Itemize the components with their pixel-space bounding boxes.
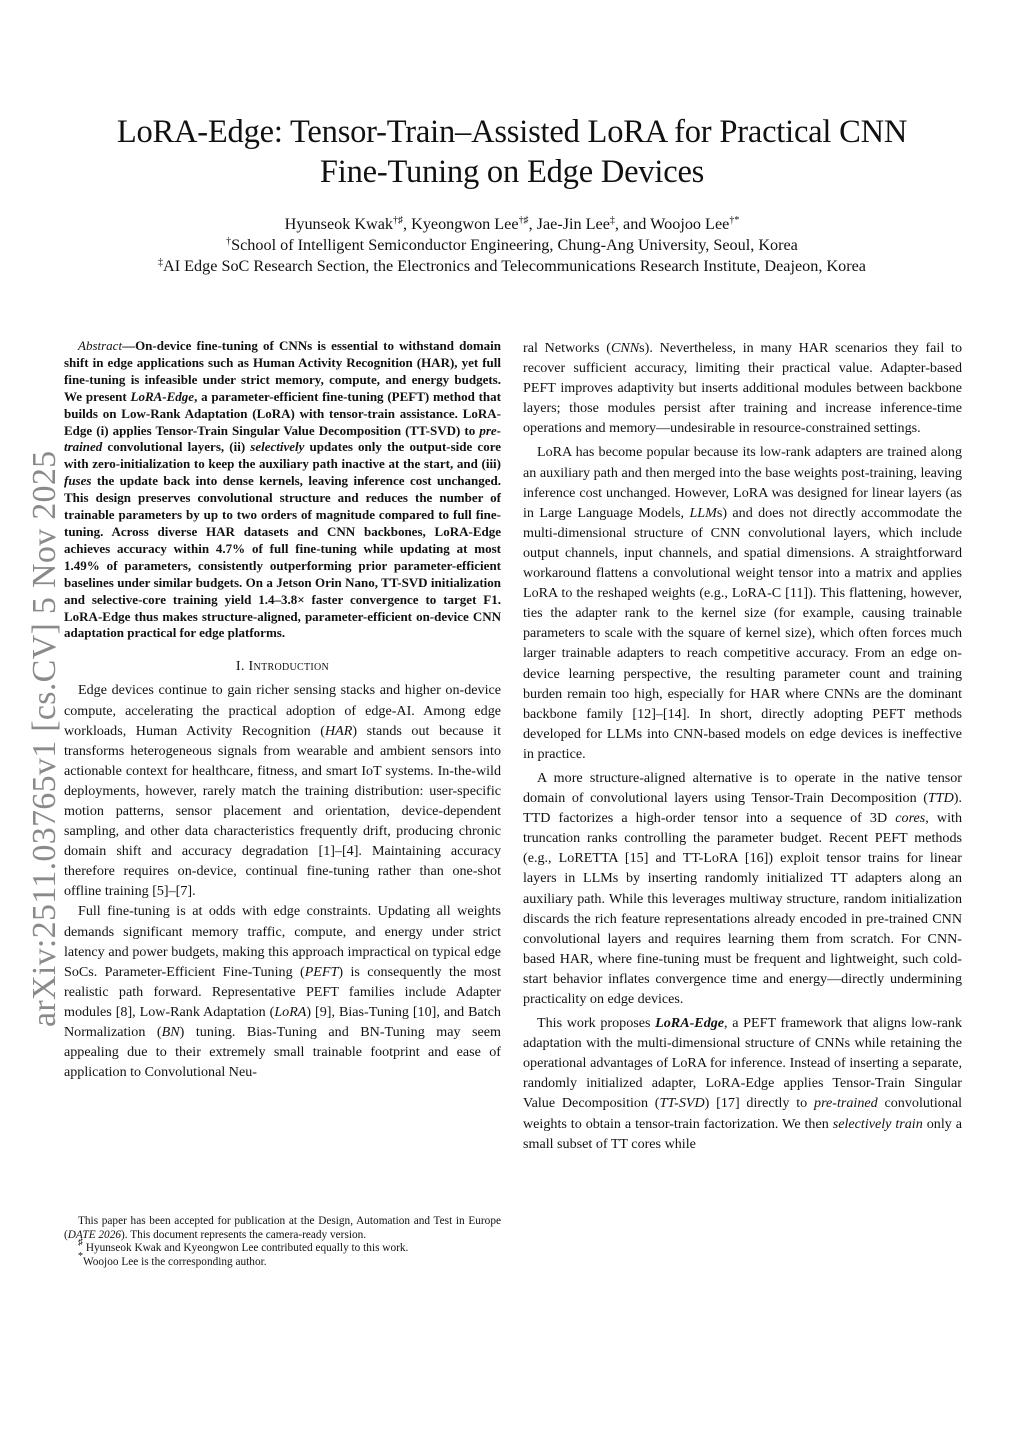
author-mark: †♯ [393, 215, 403, 226]
author-name: Woojoo Lee [650, 215, 729, 233]
right-column: ral Networks (CNNs). Nevertheless, in ma… [523, 338, 962, 1154]
footnote-text: Woojoo Lee is the corresponding author. [83, 1256, 267, 1268]
paragraph-text: This work proposes [537, 1015, 655, 1031]
left-column: Abstract—On-device fine-tuning of CNNs i… [64, 338, 501, 1082]
abstract-label: Abstract [78, 338, 122, 353]
intro-paragraph-3: LoRA has become popular because its low-… [523, 442, 962, 764]
footnote-text: ). This document represents the camera-r… [121, 1229, 366, 1241]
affiliation: †School of Intelligent Semiconductor Eng… [40, 235, 984, 256]
paragraph-text: A more structure-aligned alternative is … [523, 770, 962, 806]
abstract-emphasis: LoRA-Edge [131, 389, 195, 404]
footnote-equal-contribution: ♯ Hyunseok Kwak and Kyeongwon Lee contri… [64, 1242, 501, 1256]
author-name: Kyeongwon Lee [411, 215, 518, 233]
arxiv-watermark: arXiv:2511.03765v1 [cs.CV] 5 Nov 2025 [26, 427, 64, 1027]
paragraph-text: ) [17] directly to [705, 1095, 814, 1111]
author-separator: , and [615, 215, 650, 233]
footnote-corresponding-author: *Woojoo Lee is the corresponding author. [64, 1256, 501, 1270]
paragraph-emphasis: CNN [611, 340, 639, 356]
paragraph-emphasis: TT-SVD [660, 1095, 705, 1111]
abstract-dash: — [122, 338, 135, 353]
footnote-publication: This paper has been accepted for publica… [64, 1215, 501, 1242]
footnote-emphasis: DATE 2026 [68, 1229, 121, 1241]
paragraph-emphasis: selectively train [833, 1116, 923, 1132]
paragraph-text: s) and does not directly accommodate the… [523, 505, 962, 762]
intro-paragraph-1: Edge devices continue to gain richer sen… [64, 680, 501, 901]
author-list: Hyunseok Kwak†♯, Kyeongwon Lee†♯, Jae-Ji… [40, 214, 984, 235]
paragraph-text: ral Networks ( [523, 340, 611, 356]
author-mark: †* [729, 215, 739, 226]
abstract-emphasis: fuses [64, 473, 91, 488]
paragraph-text: ) stands out because it transforms heter… [64, 723, 501, 900]
author-mark: †♯ [519, 215, 529, 226]
footnote-text: Hyunseok Kwak and Kyeongwon Lee contribu… [83, 1242, 408, 1254]
abstract: Abstract—On-device fine-tuning of CNNs i… [64, 338, 501, 642]
affiliation: ‡AI Edge SoC Research Section, the Elect… [40, 256, 984, 277]
paper-title: LoRA-Edge: Tensor-Train–Assisted LoRA fo… [40, 112, 984, 192]
paragraph-emphasis: HAR [325, 723, 352, 739]
author-separator: , [529, 215, 537, 233]
title-line-1: LoRA-Edge: Tensor-Train–Assisted LoRA fo… [117, 114, 907, 150]
paragraph-emphasis: cores [895, 810, 925, 826]
paragraph-emphasis: BN [162, 1024, 180, 1040]
author-block: Hyunseok Kwak†♯, Kyeongwon Lee†♯, Jae-Ji… [40, 214, 984, 277]
author-name: Jae-Jin Lee [537, 215, 610, 233]
author-separator: , [403, 215, 411, 233]
author-name: Hyunseok Kwak [285, 215, 393, 233]
intro-paragraph-5: This work proposes LoRA-Edge, a PEFT fra… [523, 1013, 962, 1154]
paragraph-emphasis: PEFT [305, 964, 339, 980]
footnotes: This paper has been accepted for publica… [64, 1215, 501, 1269]
section-heading-introduction: I. Introduction [64, 656, 501, 676]
paragraph-emphasis: pre-trained [814, 1095, 878, 1111]
method-name: LoRA-Edge [655, 1015, 724, 1031]
paragraph-emphasis: LLM [689, 505, 716, 521]
paragraph-emphasis: LoRA [274, 1004, 306, 1020]
affiliation-text: AI Edge SoC Research Section, the Electr… [163, 257, 866, 275]
intro-paragraph-2-continued: ral Networks (CNNs). Nevertheless, in ma… [523, 338, 962, 438]
abstract-text: the update back into dense kernels, leav… [64, 473, 501, 640]
paragraph-text: , with truncation ranks controlling the … [523, 810, 962, 1007]
paragraph-emphasis: TTD [928, 790, 954, 806]
affiliation-text: School of Intelligent Semiconductor Engi… [231, 236, 798, 254]
title-line-2: Fine-Tuning on Edge Devices [320, 154, 704, 190]
abstract-emphasis: selectively [250, 439, 304, 454]
intro-paragraph-4: A more structure-aligned alternative is … [523, 768, 962, 1009]
abstract-text: convolutional layers, (ii) [102, 439, 250, 454]
intro-paragraph-2: Full fine-tuning is at odds with edge co… [64, 901, 501, 1082]
